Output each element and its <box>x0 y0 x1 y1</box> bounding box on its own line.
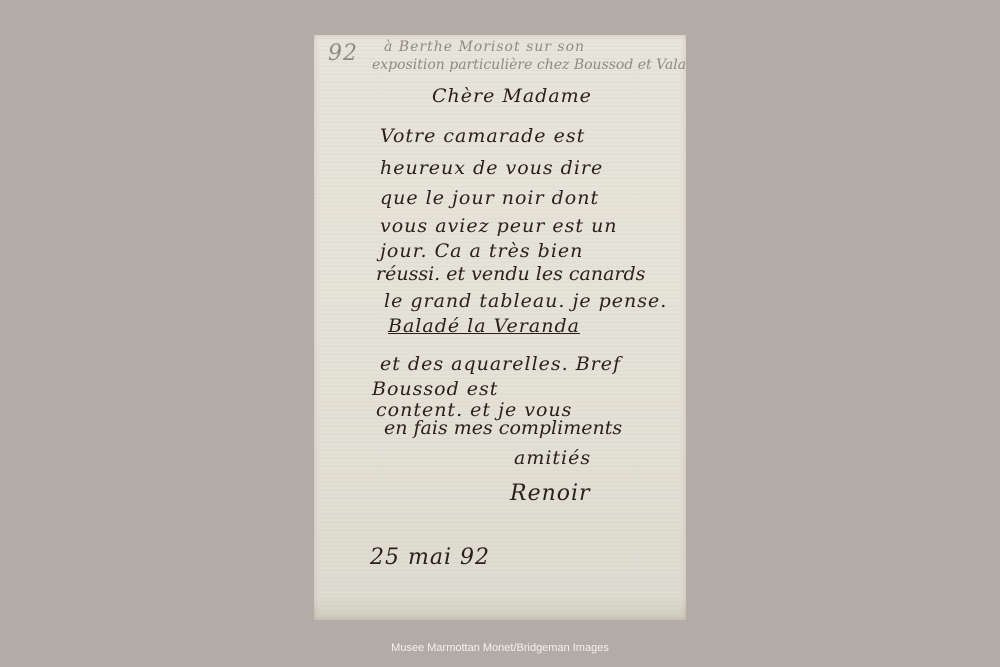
letter-line: et des aquarelles. Bref <box>380 353 621 375</box>
letter-line: le grand tableau. je pense. <box>384 290 667 312</box>
letter-line: réussi. et vendu les canards <box>376 263 645 285</box>
pencil-annotation-line-2: exposition particulière chez Boussod et … <box>372 57 686 73</box>
letter-line: vous aviez peur est un <box>380 215 618 237</box>
letter-scan: 92 à Berthe Morisot sur son exposition p… <box>314 35 686 620</box>
letter-date: 25 mai 92 <box>370 545 490 570</box>
pencil-annotation-line-1: à Berthe Morisot sur son <box>384 39 585 55</box>
salutation: Chère Madame <box>432 85 592 107</box>
closing: amitiés <box>514 447 591 469</box>
letter-line: Boussod est <box>372 378 498 400</box>
image-credit-caption: Musee Marmottan Monet/Bridgeman Images <box>0 642 1000 654</box>
letter-line: heureux de vous dire <box>380 157 603 179</box>
letter-line: en fais mes compliments <box>384 417 622 439</box>
letter-line: Votre camarade est <box>380 125 585 147</box>
letter-line: Baladé la Veranda <box>388 315 580 337</box>
letter-line: que le jour noir dont <box>380 187 599 209</box>
pencil-number: 92 <box>328 41 358 66</box>
signature: Renoir <box>510 481 591 506</box>
letter-line: jour. Ca a très bien <box>380 240 583 262</box>
